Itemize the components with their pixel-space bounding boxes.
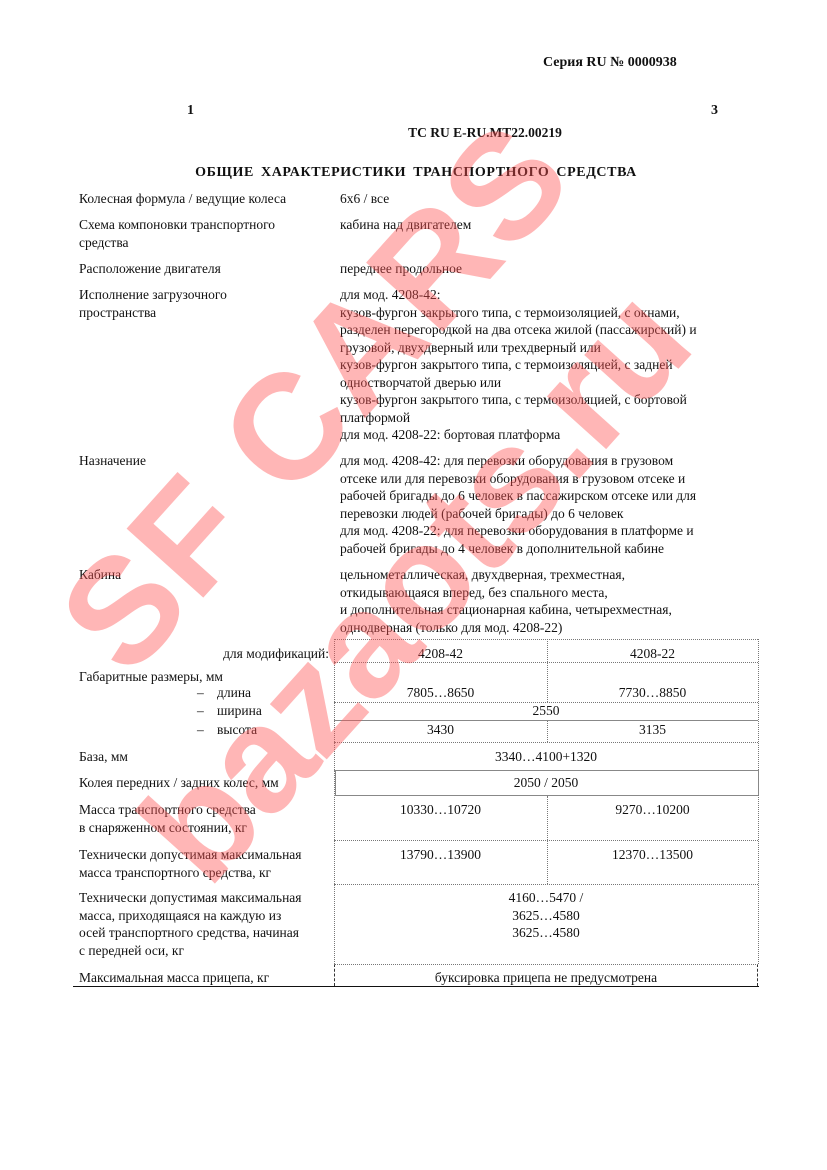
page-number-right: 3 [711, 103, 718, 119]
modifications-label: для модификаций: [79, 645, 329, 663]
modification-4208-42: 4208-42 [334, 645, 547, 663]
table-line-base [334, 770, 758, 771]
cargo-space-label: Исполнение загрузочного пространства [79, 286, 334, 321]
max-mass-label: Технически допустимая максимальная масса… [79, 846, 334, 881]
wheelbase-label: База, мм [79, 748, 334, 766]
dimension-length-label: –длина [197, 684, 251, 702]
engine-location-value: переднее продольное [340, 260, 760, 278]
height-4208-22: 3135 [547, 721, 758, 739]
purpose-value: для мод. 4208-42: для перевозки оборудов… [340, 452, 760, 557]
series-number: Серия RU № 0000938 [543, 55, 677, 71]
track-label: Колея передних / задних колес, мм [79, 774, 334, 792]
width-value: 2550 [334, 702, 758, 720]
wheel-formula-label: Колесная формула / ведущие колеса [79, 190, 334, 208]
table-line-curb [334, 840, 758, 841]
trailer-mass-label: Максимальная масса прицепа, кг [79, 969, 334, 987]
max-mass-4208-42: 13790…13900 [334, 846, 547, 864]
length-4208-22: 7730…8850 [547, 684, 758, 702]
table-line-axle [334, 964, 758, 965]
dimension-height-label: –высота [197, 721, 257, 739]
cabin-value: цельнометаллическая, двухдверная, трехме… [340, 566, 760, 636]
dimension-width-label: –ширина [197, 702, 262, 720]
table-line-track [334, 795, 758, 796]
max-mass-4208-22: 12370…13500 [547, 846, 758, 864]
curb-mass-label: Масса транспортного средства в снаряженн… [79, 801, 334, 836]
engine-location-label: Расположение двигателя [79, 260, 334, 278]
dimensions-label: Габаритные размеры, мм [79, 668, 334, 686]
wheel-formula-value: 6х6 / все [340, 190, 760, 208]
length-4208-42: 7805…8650 [334, 684, 547, 702]
trailer-mass-value: буксировка прицепа не предусмотрена [334, 969, 758, 987]
table-divider-right [758, 639, 759, 964]
table-line-maxmass [334, 884, 758, 885]
page-number-left: 1 [187, 103, 194, 119]
curb-mass-4208-42: 10330…10720 [334, 801, 547, 819]
layout-scheme-value: кабина над двигателем [340, 216, 760, 234]
page-title: ОБЩИЕ ХАРАКТЕРИСТИКИ ТРАНСПОРТНОГО СРЕДС… [0, 165, 827, 181]
table-line-height [334, 742, 758, 743]
cargo-space-value: для мод. 4208-42: кузов-фургон закрытого… [340, 286, 760, 444]
layout-scheme-label: Схема компоновки транспортного средства [79, 216, 334, 251]
purpose-label: Назначение [79, 452, 334, 470]
certificate-number: ТС RU E-RU.МТ22.00219 [0, 125, 827, 141]
modification-4208-22: 4208-22 [547, 645, 758, 663]
axle-mass-label: Технически допустимая максимальная масса… [79, 889, 334, 959]
height-4208-42: 3430 [334, 721, 547, 739]
track-box-right [758, 770, 759, 795]
cabin-label: Кабина [79, 566, 334, 584]
axle-mass-values: 4160…5470 / 3625…4580 3625…4580 [334, 889, 758, 942]
track-value: 2050 / 2050 [334, 774, 758, 792]
table-top-line [334, 639, 758, 640]
curb-mass-4208-22: 9270…10200 [547, 801, 758, 819]
wheelbase-value: 3340…4100+1320 [334, 748, 758, 766]
